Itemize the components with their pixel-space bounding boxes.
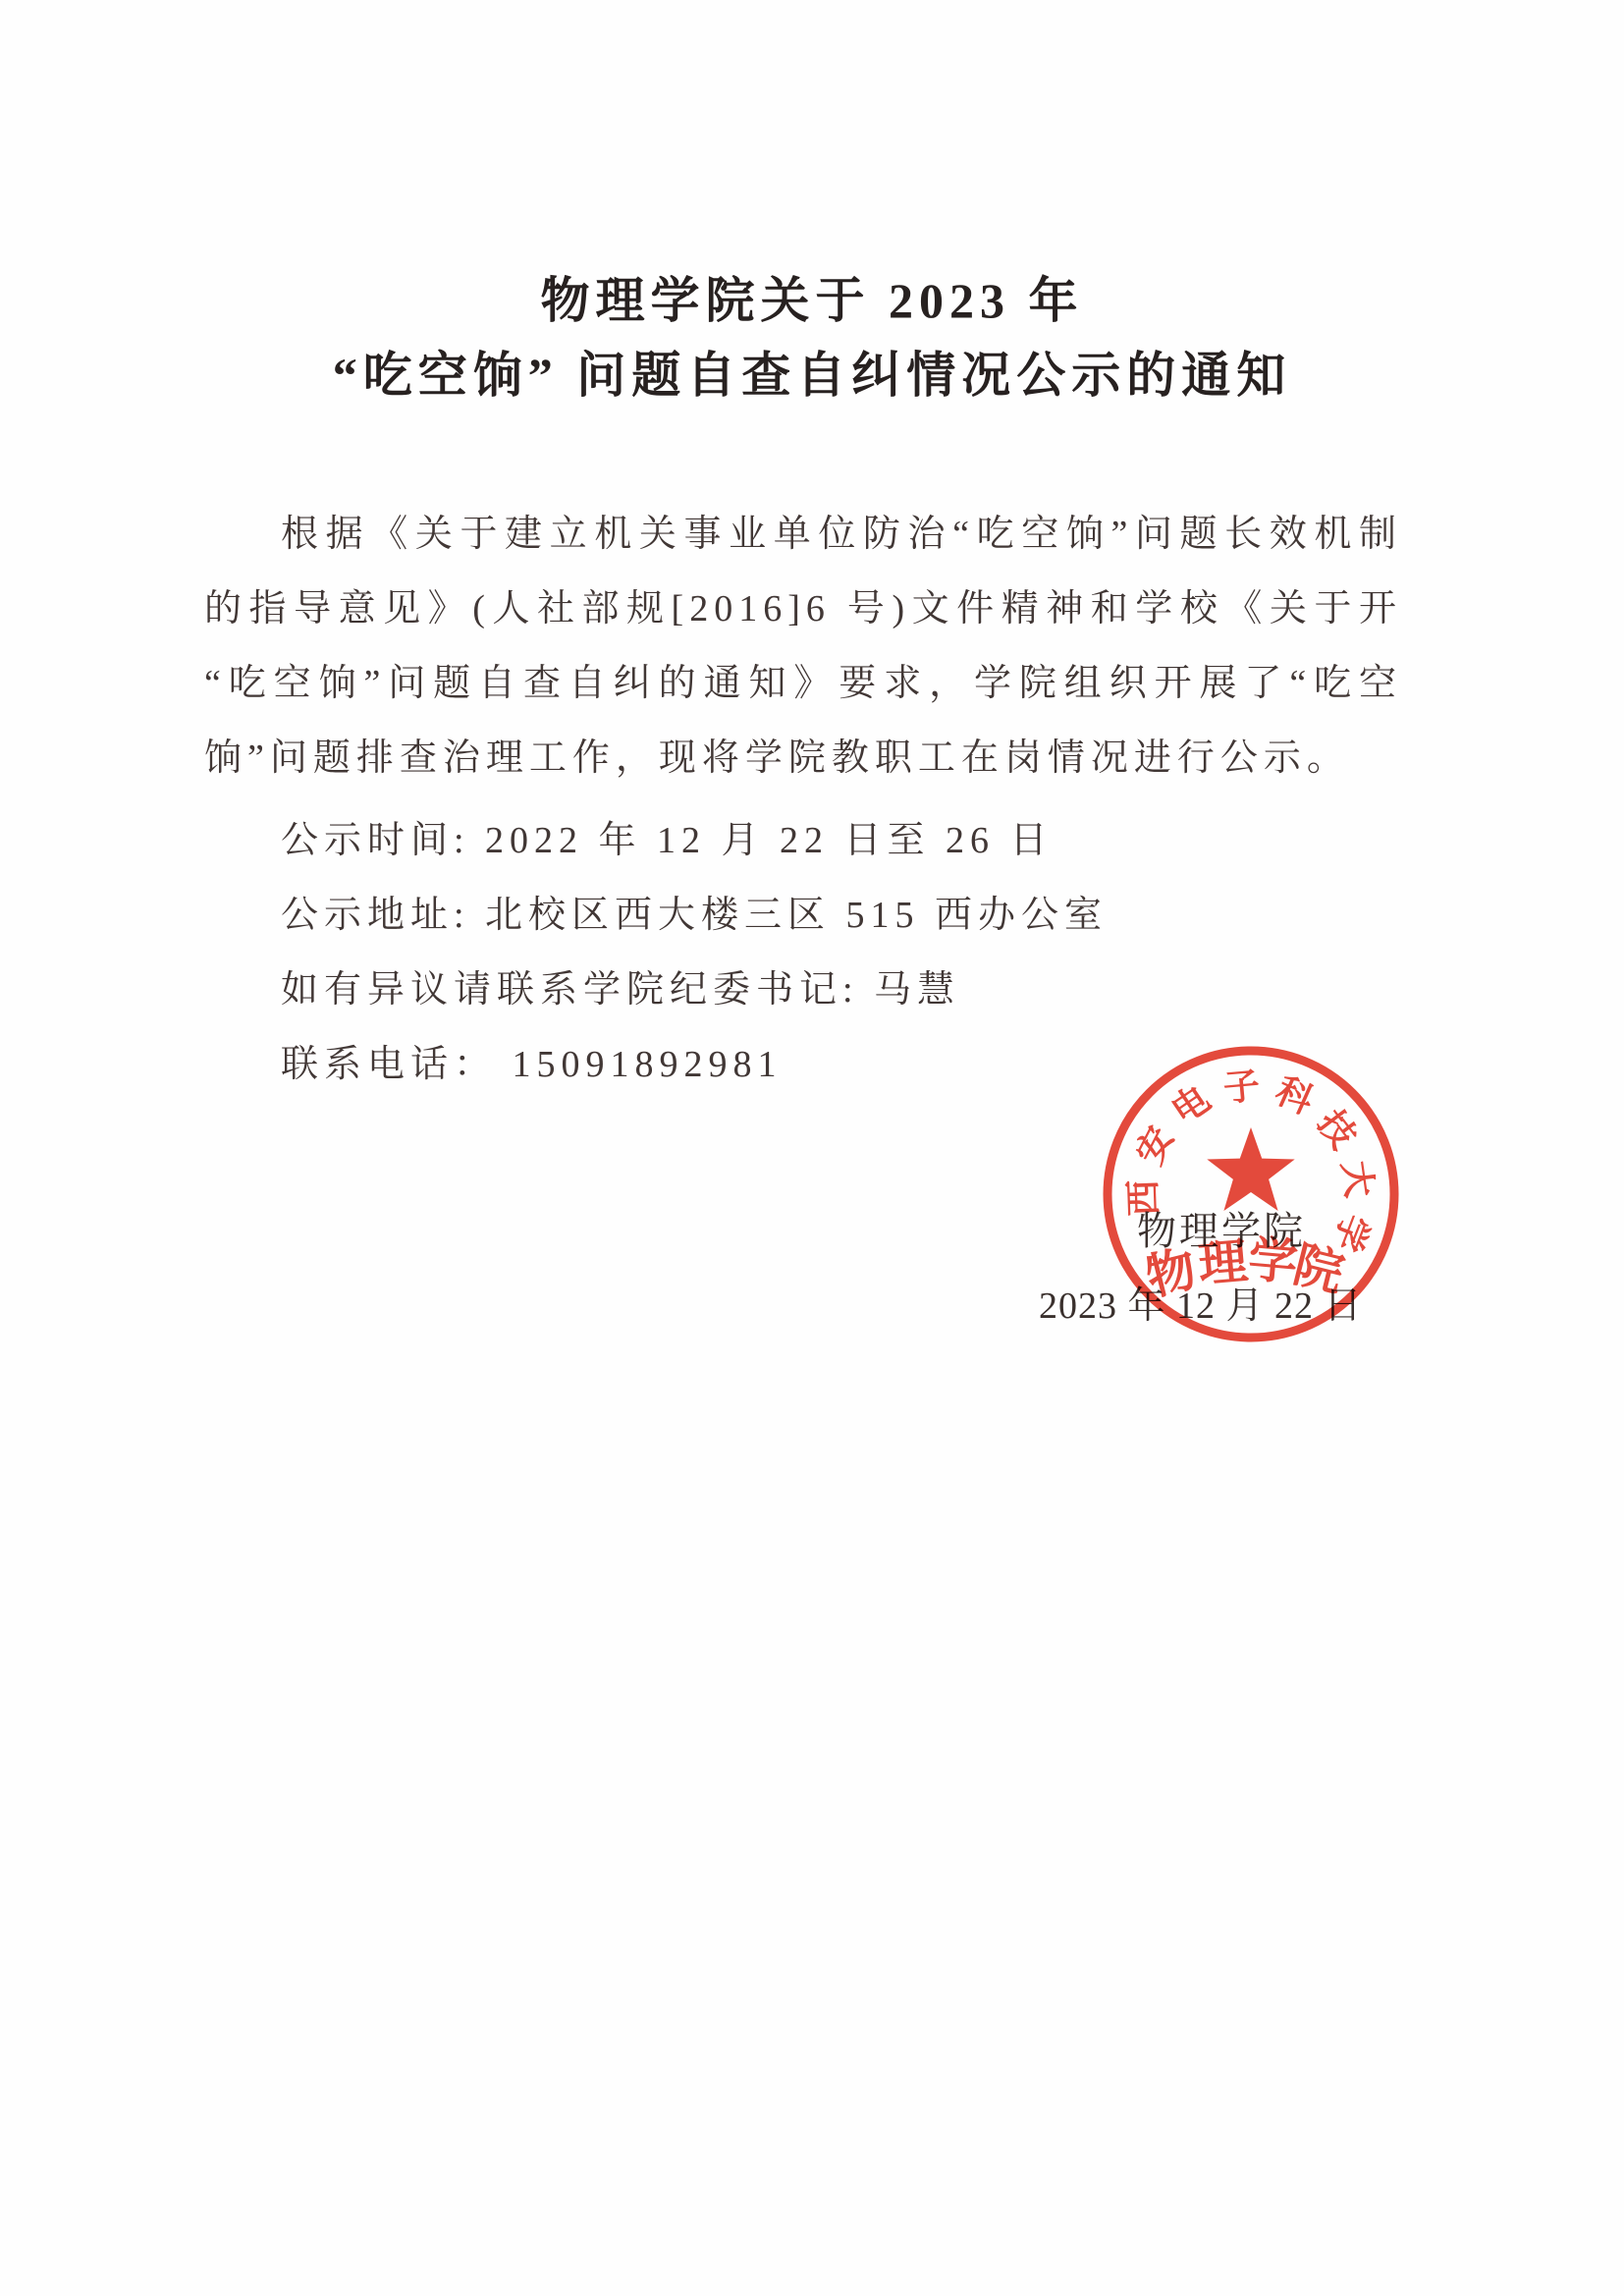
official-seal: 西安电子科技大学 物理学院 xyxy=(1099,1042,1403,1346)
paragraph-line: “吃空饷”问题自查自纠的通知》要求，学院组织开展了“吃空 xyxy=(204,646,1402,721)
paragraph-line: 根据《关于建立机关事业单位防治“吃空饷”问题长效机制 xyxy=(204,497,1402,572)
svg-text:理: 理 xyxy=(1196,1233,1250,1292)
notice-title-line-2: “吃空饷” 问题自查自纠情况公示的通知 xyxy=(0,338,1624,412)
paragraph-line: 饷”问题排查治理工作，现将学院教职工在岗情况进行公示。 xyxy=(204,721,1402,795)
svg-text:安: 安 xyxy=(1129,1120,1182,1171)
svg-text:大: 大 xyxy=(1334,1159,1380,1200)
notice-title-line-1: 物理学院关于 2023 年 xyxy=(0,263,1624,338)
star-icon xyxy=(1207,1127,1294,1211)
svg-text:子: 子 xyxy=(1221,1066,1261,1110)
notice-body: 根据《关于建立机关事业单位防治“吃空饷”问题长效机制 的指导意见》(人社部规[2… xyxy=(204,497,1402,1102)
seal-bottom-text: 物理学院 xyxy=(1141,1231,1349,1306)
svg-text:科: 科 xyxy=(1270,1070,1320,1122)
publicity-time-line: 公示时间: 2022 年 12 月 22 日至 26 日 xyxy=(204,803,1402,878)
document-page: 物理学院关于 2023 年 “吃空饷” 问题自查自纠情况公示的通知 根据《关于建… xyxy=(0,0,1624,2296)
svg-text:西: 西 xyxy=(1122,1179,1164,1217)
notice-paragraph: 根据《关于建立机关事业单位防治“吃空饷”问题长效机制 的指导意见》(人社部规[2… xyxy=(204,497,1402,795)
notice-title: 物理学院关于 2023 年 “吃空饷” 问题自查自纠情况公示的通知 xyxy=(0,263,1624,412)
svg-text:技: 技 xyxy=(1309,1103,1364,1157)
paragraph-line: 的指导意见》(人社部规[2016]6 号)文件精神和学校《关于开展 xyxy=(204,572,1402,646)
publicity-address-line: 公示地址: 北校区西大楼三区 515 西办公室 xyxy=(204,878,1402,953)
svg-text:电: 电 xyxy=(1164,1078,1218,1133)
objection-contact-line: 如有异议请联系学院纪委书记: 马慧 xyxy=(204,953,1402,1027)
